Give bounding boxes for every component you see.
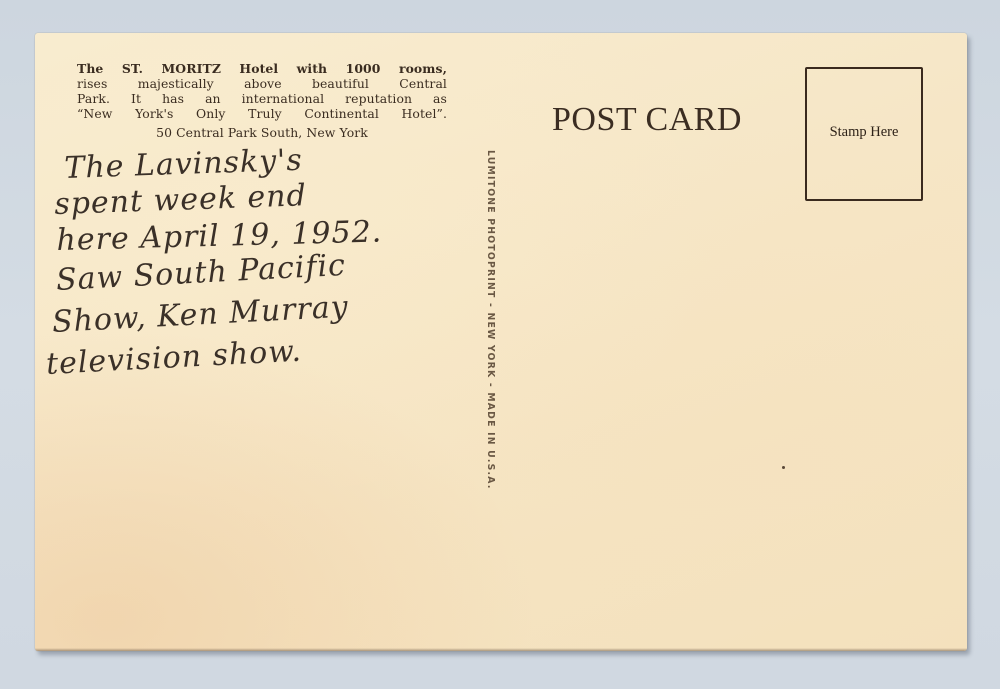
hotel-description: The ST. MORITZ Hotel with 1000 rooms, ri… — [77, 61, 447, 140]
handwritten-line-6: television show. — [45, 334, 303, 382]
caption-line-3: Park. It has an international reputation… — [77, 91, 447, 106]
handwritten-line-5: Show, Ken Murray — [51, 290, 349, 340]
stamp-label: Stamp Here — [830, 124, 899, 141]
caption-line-4: “New York's Only Truly Continental Hotel… — [77, 106, 447, 121]
paper-speck — [782, 466, 785, 469]
postcard-back: The ST. MORITZ Hotel with 1000 rooms, ri… — [35, 33, 967, 651]
caption-line-2: rises majestically above beautiful Centr… — [77, 76, 447, 91]
card-edge — [35, 648, 967, 651]
printer-imprint: LUMITONE PHOTOPRINT - NEW YORK - MADE IN… — [484, 150, 496, 550]
post-card-title: POST CARD — [552, 101, 742, 139]
hotel-address: 50 Central Park South, New York — [77, 125, 447, 140]
handwritten-line-2: spent week end — [54, 178, 308, 222]
stamp-box: Stamp Here — [805, 67, 923, 201]
caption-line-1: The ST. MORITZ Hotel with 1000 rooms, — [77, 61, 447, 76]
